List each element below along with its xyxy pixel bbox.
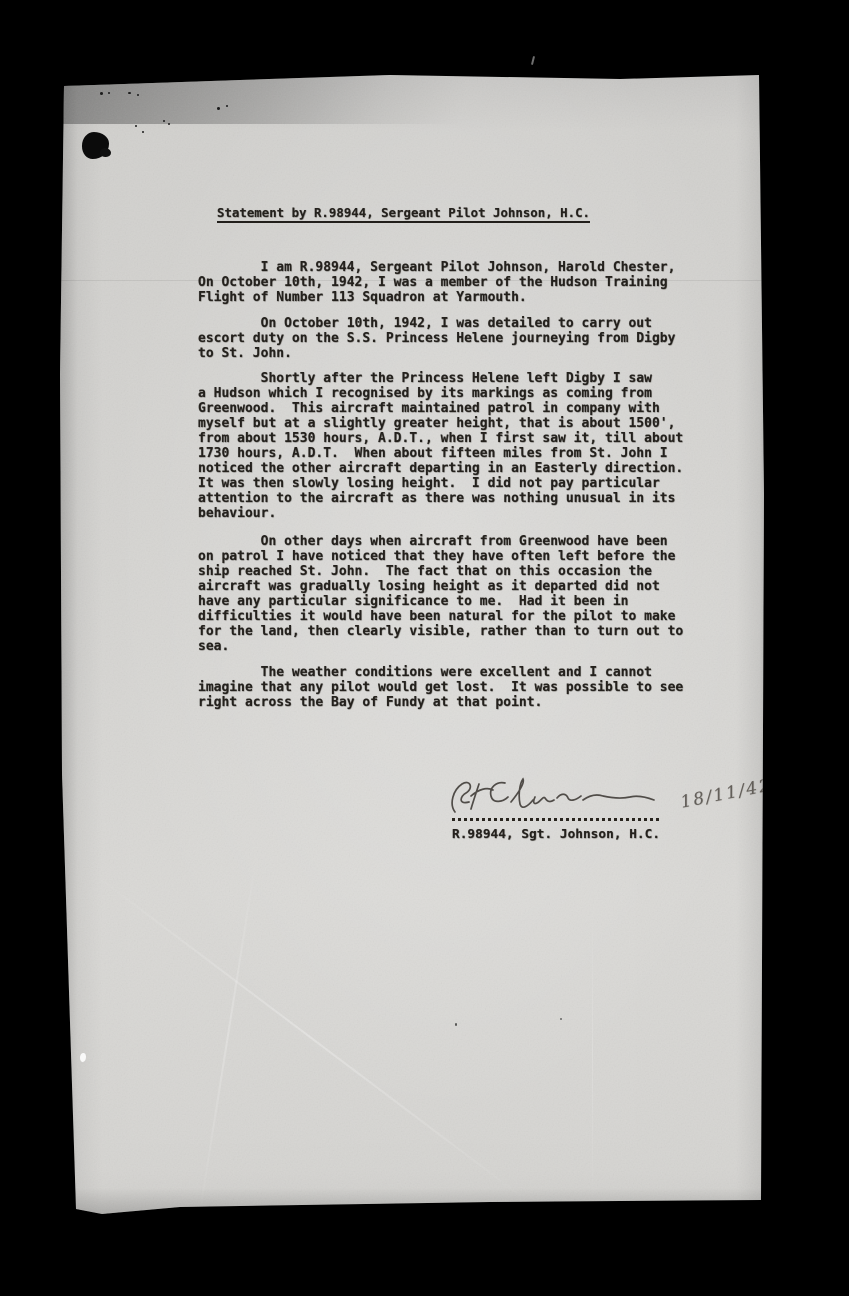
handwritten-date: 18/11/42 bbox=[679, 775, 773, 812]
dust-speck bbox=[163, 120, 165, 122]
statement-paragraph-5: The weather conditions were excellent an… bbox=[198, 665, 683, 710]
dust-speck bbox=[108, 92, 110, 94]
dust-speck bbox=[100, 92, 103, 95]
statement-paragraph-3: Shortly after the Princess Helene left D… bbox=[198, 371, 683, 521]
dust-speck bbox=[168, 123, 170, 125]
crease-line bbox=[592, 900, 593, 1210]
scan-artifact-mark bbox=[531, 56, 535, 65]
bottom-edge-shadow bbox=[60, 1188, 764, 1214]
crease-line bbox=[89, 870, 531, 1203]
dust-speck bbox=[455, 1023, 457, 1026]
dust-speck bbox=[137, 94, 139, 96]
dust-speck bbox=[142, 131, 144, 133]
dust-speck bbox=[217, 107, 220, 110]
signature-dotted-line bbox=[452, 815, 659, 821]
paper-nick bbox=[80, 1053, 86, 1062]
paper-sheet: Statement by R.98944, Sergeant Pilot Joh… bbox=[60, 74, 764, 1214]
dust-speck bbox=[128, 92, 131, 94]
dust-speck bbox=[560, 1018, 562, 1020]
ink-blot bbox=[82, 132, 109, 159]
crease-line bbox=[198, 852, 257, 1218]
top-fold-shadow bbox=[60, 74, 620, 124]
signature-typed-name: R.98944, Sgt. Johnson, H.C. bbox=[452, 827, 660, 842]
statement-title: Statement by R.98944, Sergeant Pilot Joh… bbox=[217, 205, 590, 223]
handwritten-signature bbox=[445, 774, 660, 820]
ink-blot bbox=[100, 148, 111, 157]
scanned-page-background: Statement by R.98944, Sergeant Pilot Joh… bbox=[0, 0, 849, 1296]
statement-paragraph-2: On October 10th, 1942, I was detailed to… bbox=[198, 316, 675, 361]
statement-paragraph-1: I am R.98944, Sergeant Pilot Johnson, Ha… bbox=[198, 260, 675, 305]
statement-paragraph-4: On other days when aircraft from Greenwo… bbox=[198, 534, 683, 654]
dust-speck bbox=[135, 125, 137, 127]
dust-speck bbox=[226, 105, 228, 107]
